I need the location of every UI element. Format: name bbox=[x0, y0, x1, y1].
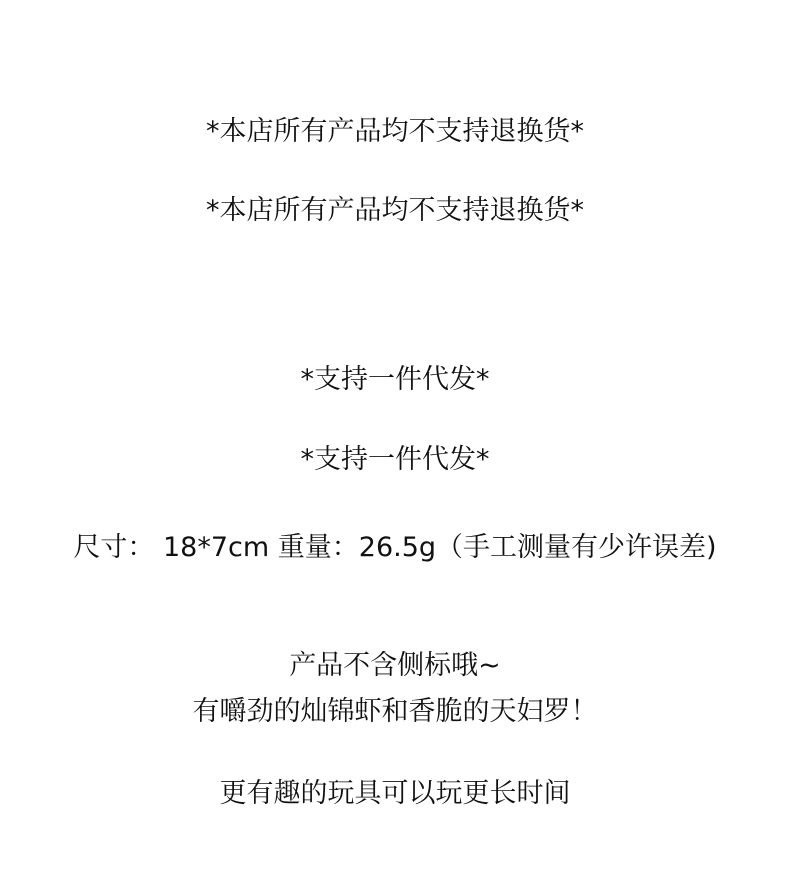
notice-dropship-1: *支持一件代发* bbox=[0, 362, 790, 398]
spec-size-weight: 尺寸： 18*7cm 重量：26.5g（手工测量有少许误差) bbox=[30, 530, 760, 566]
notice-dropship-2: *支持一件代发* bbox=[0, 442, 790, 478]
notice-no-returns-2: *本店所有产品均不支持退换货* bbox=[0, 193, 790, 229]
description-line-2: 有嚼劲的灿锦虾和香脆的天妇罗！ bbox=[0, 694, 790, 730]
description-line-3: 更有趣的玩具可以玩更长时间 bbox=[0, 776, 790, 812]
notice-no-returns-1: *本店所有产品均不支持退换货* bbox=[0, 114, 790, 150]
description-line-1: 产品不含侧标哦~ bbox=[0, 648, 790, 684]
